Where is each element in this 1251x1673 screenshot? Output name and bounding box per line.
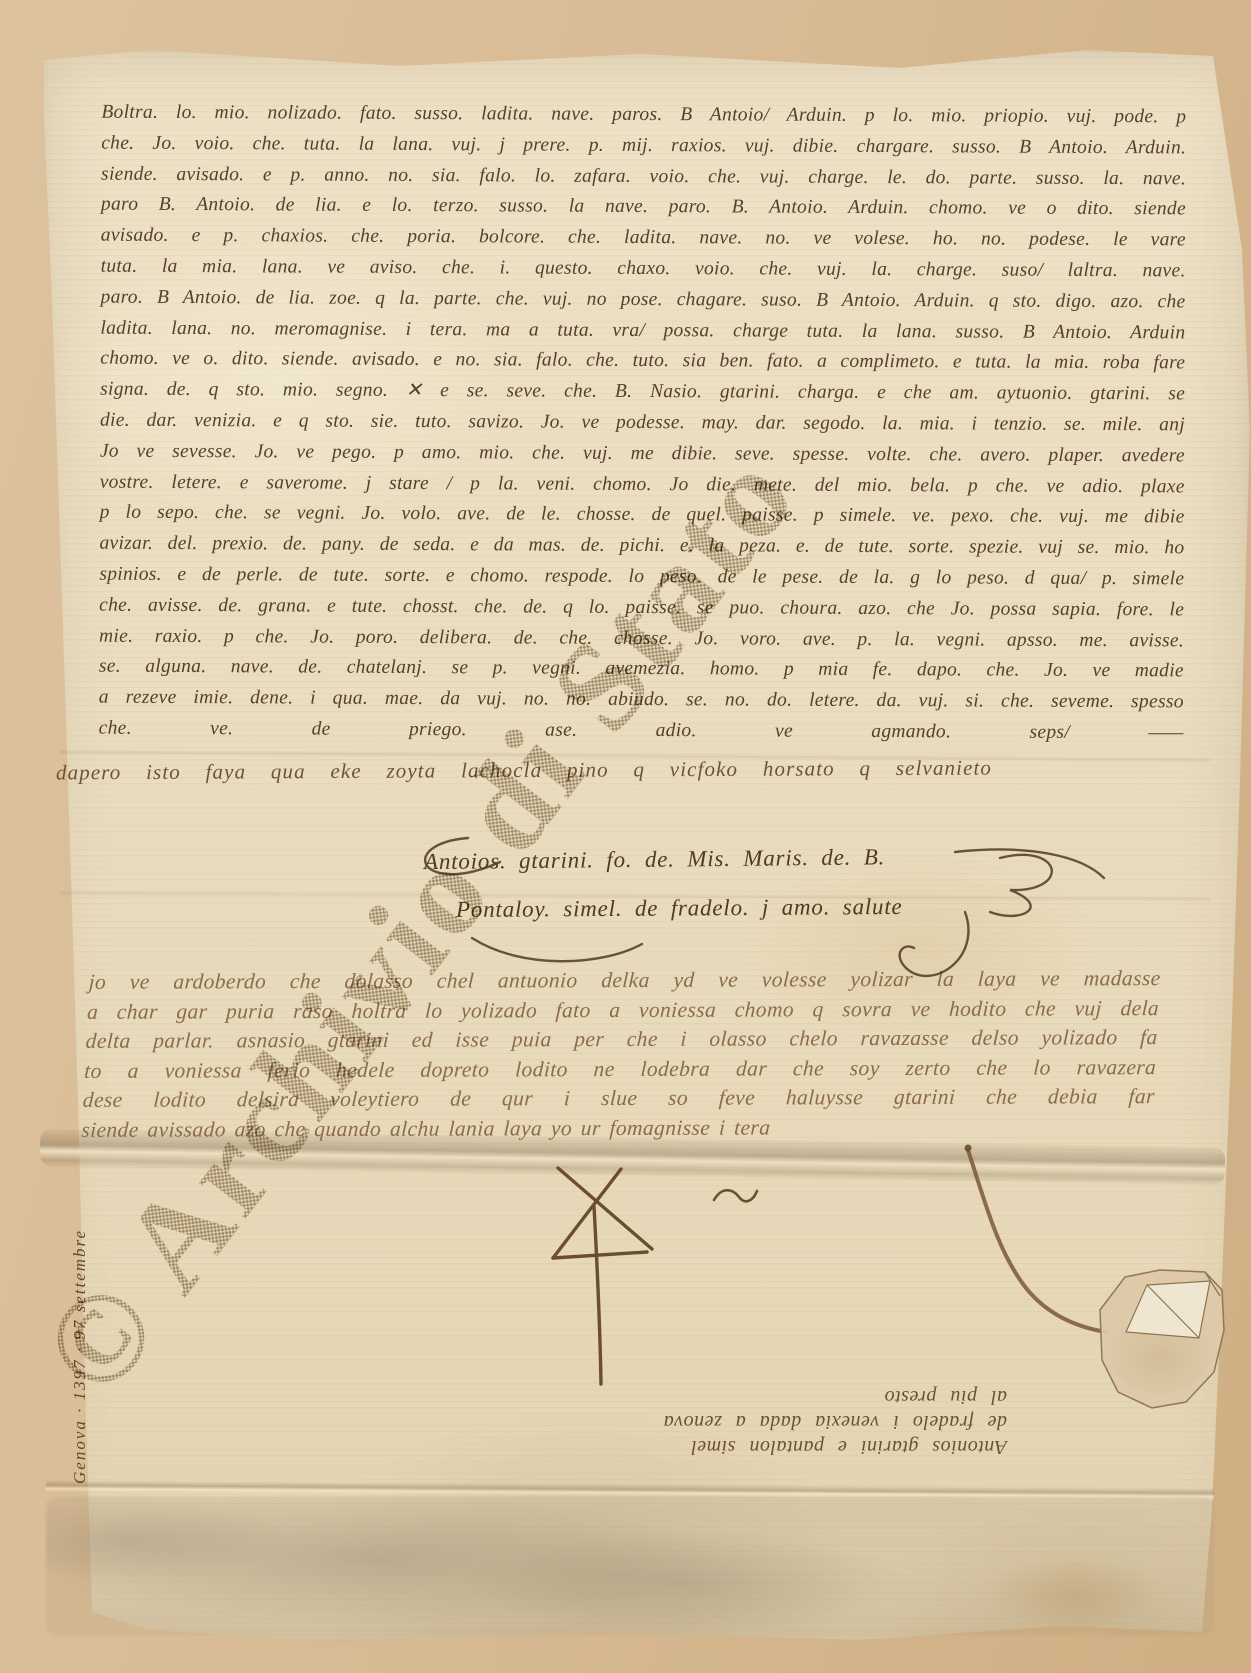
- letter-line: paro B. Antoio. de lia. e lo. terzo. sus…: [101, 190, 1186, 226]
- closing-line: dapero isto faya qua eke zoyta lachocla …: [56, 756, 992, 786]
- postscript-line: dese lodito delsira voleytiero de qur i …: [82, 1083, 1155, 1116]
- archival-date-note: Genova · 1397 · 97 settembre: [60, 1148, 100, 1484]
- verso-address-line: de fradelo i venexia dada a zenova: [545, 1409, 1007, 1434]
- verso-address: Antonios gtarini e pantalon simel de fra…: [545, 1384, 1007, 1459]
- postscript-line: a char gar puria raso holtra lo yolizado…: [86, 994, 1159, 1027]
- letter-line: signa. de. q sto. mio. segno. ✕ e se. se…: [100, 375, 1185, 411]
- letter-line: p lo sepo. che. se vegni. Jo. volo. ave.…: [100, 498, 1185, 534]
- letter-line: che. avisse. de. grana. e tute. chosst. …: [99, 590, 1184, 626]
- address-line-2: Pontaloy. simel. de fradelo. j amo. salu…: [456, 893, 1036, 923]
- letter-line: Boltra. lo. mio. nolizado. fato. susso. …: [101, 98, 1186, 134]
- letter-line: ladita. lana. no. meromagnise. i tera. m…: [100, 313, 1185, 349]
- postscript-line: jo ve ardoberdo che dolasso chel antuoni…: [88, 964, 1161, 997]
- letter-line: se. alguna. nave. de. chatelanj. se p. v…: [99, 652, 1184, 688]
- postscript-line: siende avissado azo che quando alchu lan…: [81, 1112, 1154, 1145]
- letter-line: spinios. e de perle. de tute. sorte. e c…: [99, 560, 1184, 596]
- letter-line: che. Jo. voio. che. tuta. la lana. vuj. …: [101, 128, 1186, 164]
- postscript-line: delta parlar. asnasio gtarini ed isse pu…: [85, 1023, 1158, 1056]
- letter-line: che. ve. de priego. ase. adio. ve agmand…: [99, 714, 1184, 750]
- letter-line: tuta. la mia. lana. ve aviso. che. i. qu…: [101, 252, 1186, 288]
- letter-body: Boltra. lo. mio. nolizado. fato. susso. …: [99, 98, 1187, 749]
- postscript-line: to a voniessa ferio hedele dopreto lodit…: [84, 1053, 1157, 1086]
- postscript-block: jo ve ardoberdo che dolasso chel antuoni…: [81, 964, 1162, 1145]
- verso-address-line: al piu presto: [545, 1384, 1007, 1409]
- letter-line: avisado. e p. chaxios. che. poria. bolco…: [101, 221, 1186, 257]
- letter-line: Jo ve sevesse. Jo. ve pego. p amo. mio. …: [100, 436, 1185, 472]
- letter-line: vostre. letere. e saverome. j stare / p …: [100, 467, 1185, 503]
- letter-line: avizar. del. prexio. de. pany. de seda. …: [99, 529, 1184, 565]
- letter-line: die. dar. venizia. e q sto. sie. tuto. s…: [100, 406, 1185, 442]
- letter-line: paro. B Antoio. de lia. zoe. q la. parte…: [100, 282, 1185, 318]
- letter-line: a rezeve imie. dene. i qua. mae. da vuj.…: [99, 683, 1184, 719]
- letter-line: mie. raxio. p che. Jo. poro. delibera. d…: [99, 621, 1184, 657]
- manuscript-scan: Boltra. lo. mio. nolizado. fato. susso. …: [0, 0, 1251, 1673]
- verso-address-line: Antonios gtarini e pantalon simel: [545, 1434, 1007, 1459]
- letter-line: chomo. ve o. dito. siende. avisado. e no…: [100, 344, 1185, 380]
- letter-line: siende. avisado. e p. anno. no. sia. fal…: [101, 159, 1186, 195]
